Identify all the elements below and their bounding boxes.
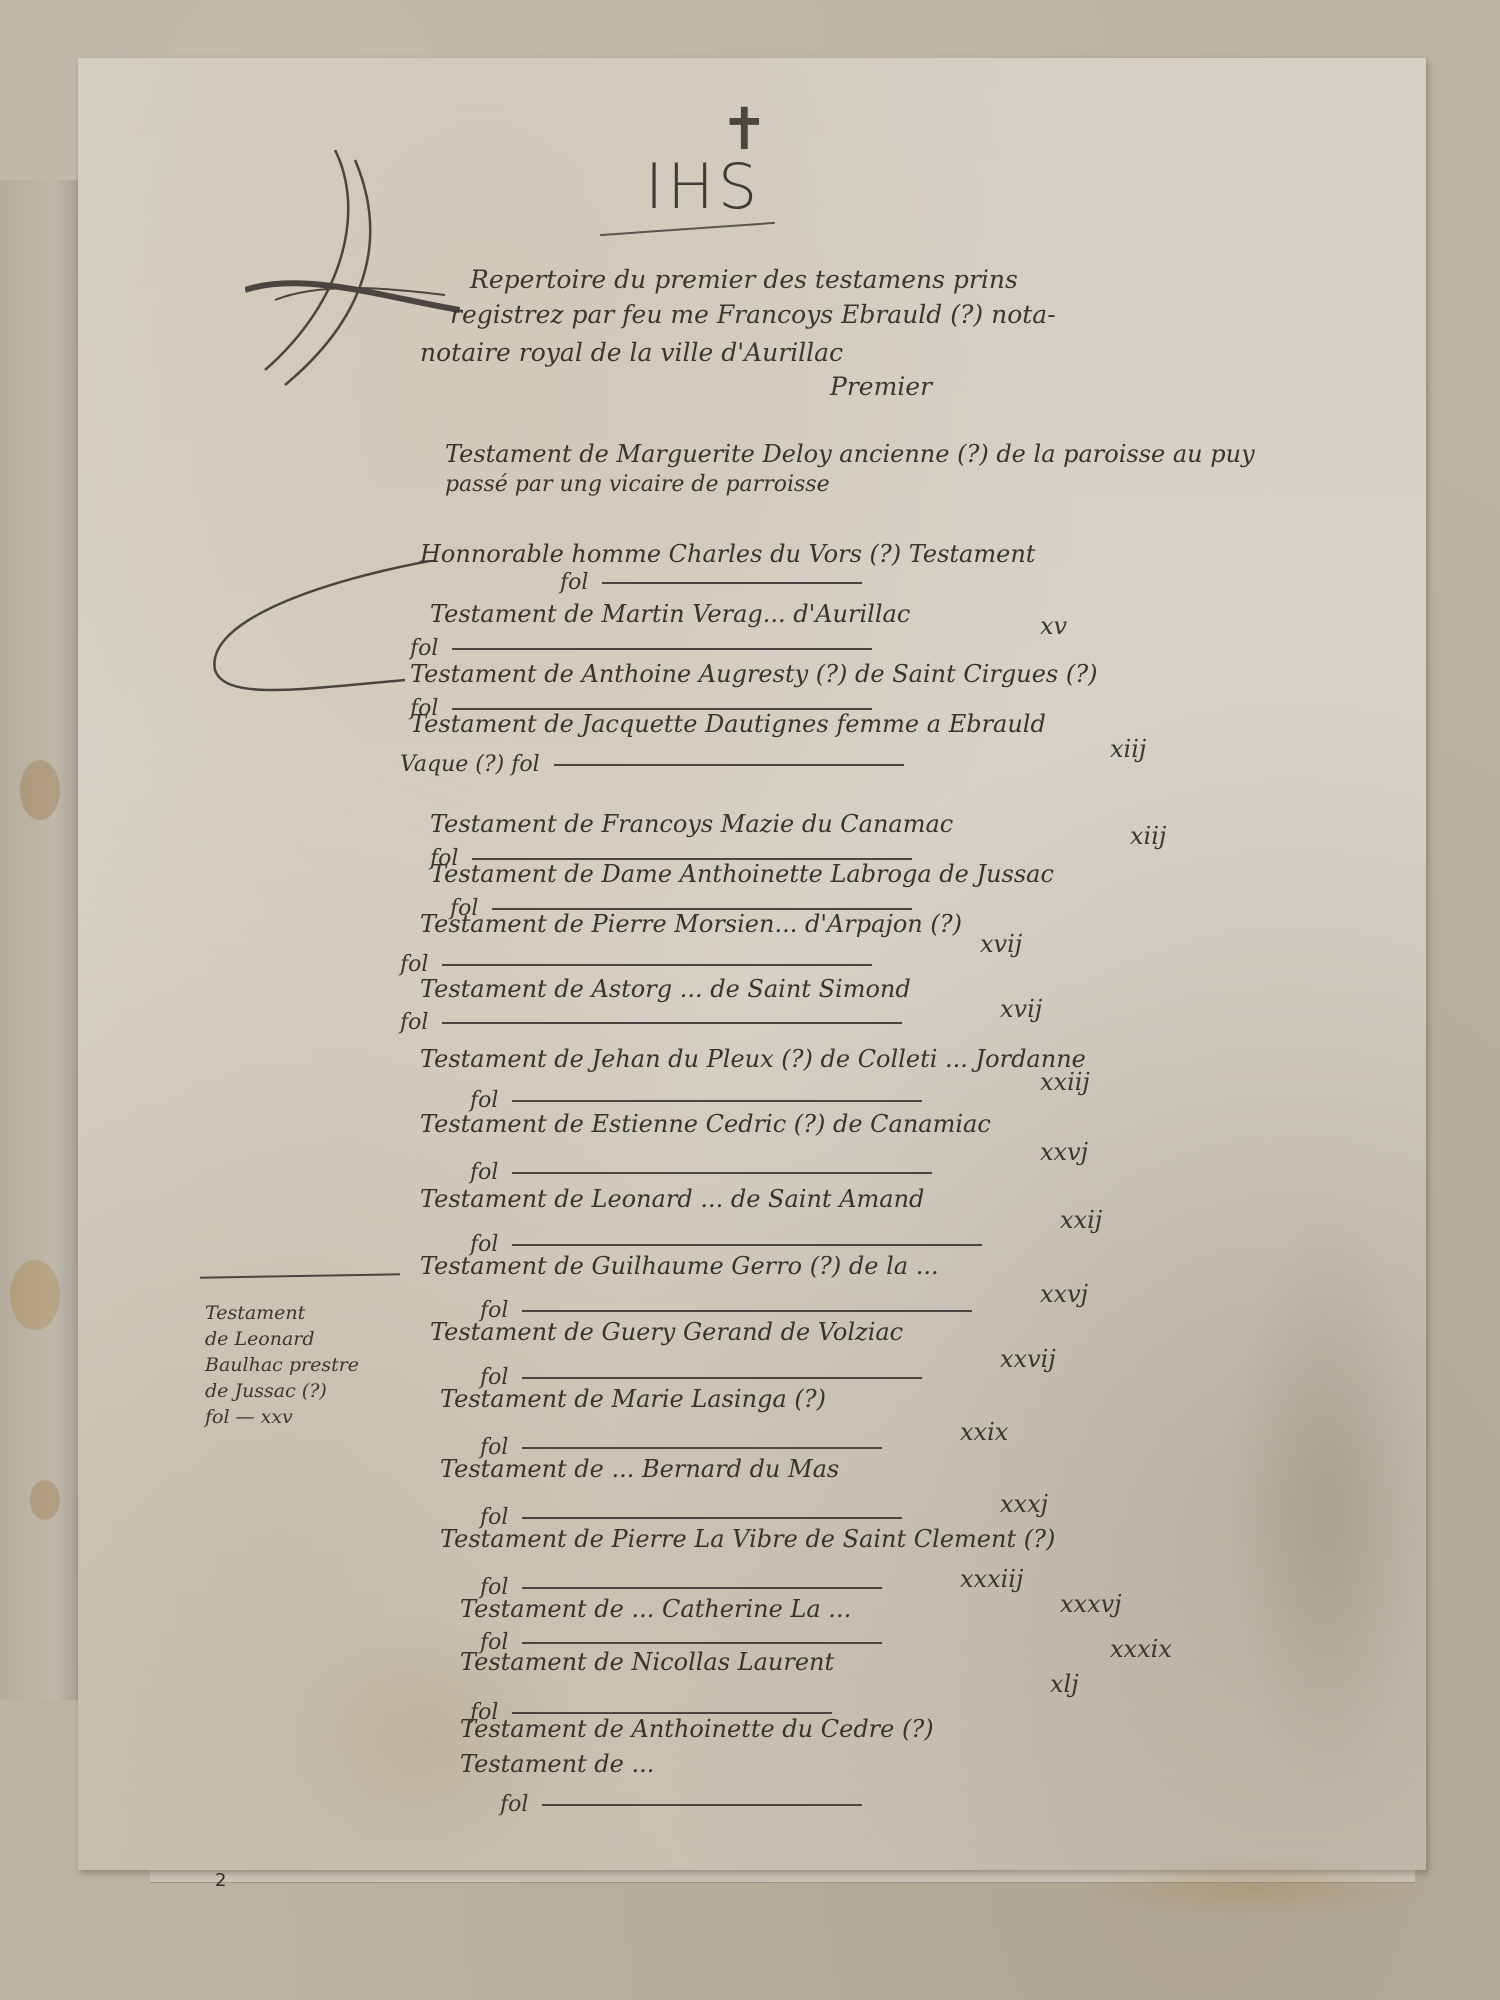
list-item: Testament de ... Catherine La ... [460, 1595, 851, 1623]
folio-ref: fol [500, 1792, 862, 1817]
list-item: Testament de Nicollas Laurent [460, 1648, 834, 1676]
list-item: Testament de Marie Lasinga (?) [440, 1385, 826, 1413]
folio-numeral: xxvij [1000, 1345, 1056, 1373]
list-item: Testament de Guery Gerand de Volziac [430, 1318, 903, 1346]
folio-numeral: xxxj [1000, 1490, 1048, 1518]
folio-numeral: xiij [1130, 822, 1166, 850]
list-item: Testament de Pierre La Vibre de Saint Cl… [440, 1525, 1055, 1553]
list-item: Testament de Jacquette Dautignes femme a… [410, 710, 1046, 738]
list-item: Testament de ... [460, 1750, 654, 1778]
list-item-continuation: Vaque (?) fol [400, 752, 904, 777]
folio-numeral: xxxix [1110, 1635, 1172, 1663]
folio-numeral: xvij [1000, 995, 1042, 1023]
heading-line-2: registrez par feu me Francoys Ebrauld (?… [450, 300, 1056, 329]
folio-numeral: xxxiij [960, 1565, 1023, 1593]
list-item: Testament de Pierre Morsien... d'Arpajon… [420, 910, 962, 938]
folio-numeral: xxvj [1040, 1138, 1088, 1166]
page-edge-underlay [150, 1868, 1415, 1883]
folio-ref: fol [400, 952, 872, 977]
folio-ref: fol [410, 636, 872, 661]
page-number: 2 [215, 1870, 226, 1891]
margin-note-line: Testament [205, 1300, 359, 1326]
folio-numeral: xiij [1110, 735, 1146, 763]
folio-numeral: xlj [1050, 1670, 1079, 1698]
list-item: Testament de Dame Anthoinette Labroga de… [430, 860, 1054, 888]
adjacent-page-edge [0, 180, 79, 1700]
folio-numeral: xxxvj [1060, 1590, 1122, 1618]
ihs-monogram: IHS [645, 150, 761, 223]
list-item: Testament de Astorg ... de Saint Simond [420, 975, 911, 1003]
list-item: Testament de Martin Verag... d'Aurillac [430, 600, 910, 628]
list-item: Testament de Anthoine Augresty (?) de Sa… [410, 660, 1097, 688]
heading-line-3: notaire royal de la ville d'Aurillac [420, 338, 843, 367]
bracket-flourish-icon [205, 560, 435, 700]
folio-numeral: xxix [960, 1418, 1008, 1446]
list-item: Testament de ... Bernard du Mas [440, 1455, 839, 1483]
margin-note-line: de Leonard [205, 1326, 359, 1352]
list-item: Testament de Leonard ... de Saint Amand [420, 1185, 924, 1213]
folio-numeral: xxiij [1040, 1068, 1090, 1096]
margin-note-line: Baulhac prestre [205, 1352, 359, 1378]
list-item: Testament de Estienne Cedric (?) de Cana… [420, 1110, 991, 1138]
heading-line-1: Repertoire du premier des testamens prin… [470, 265, 1018, 294]
margin-note-line: fol — xxv [205, 1404, 359, 1430]
list-item: Testament de Guilhaume Gerro (?) de la .… [420, 1252, 939, 1280]
folio-numeral: xxij [1060, 1206, 1102, 1234]
list-item: Testament de Anthoinette du Cedre (?) [460, 1715, 934, 1743]
folio-ref: fol [400, 1010, 902, 1035]
list-item-continuation: passé par ung vicaire de parroisse [445, 472, 830, 497]
list-item: Testament de Francoys Mazie du Canamac [430, 810, 953, 838]
folio-numeral: xxvj [1040, 1280, 1088, 1308]
heading-line-4: Premier [830, 372, 932, 401]
folio-ref: fol [470, 1160, 932, 1185]
folio-ref: fol [560, 570, 862, 595]
folio-numeral: xv [1040, 612, 1067, 640]
list-item: Testament de Marguerite Deloy ancienne (… [445, 440, 1255, 468]
list-item: Testament de Jehan du Pleux (?) de Colle… [420, 1045, 1086, 1073]
margin-note-line: de Jussac (?) [205, 1378, 359, 1404]
folio-numeral: xvij [980, 930, 1022, 958]
margin-note: Testament de Leonard Baulhac prestre de … [205, 1300, 359, 1430]
list-item: Honnorable homme Charles du Vors (?) Tes… [420, 540, 1035, 568]
